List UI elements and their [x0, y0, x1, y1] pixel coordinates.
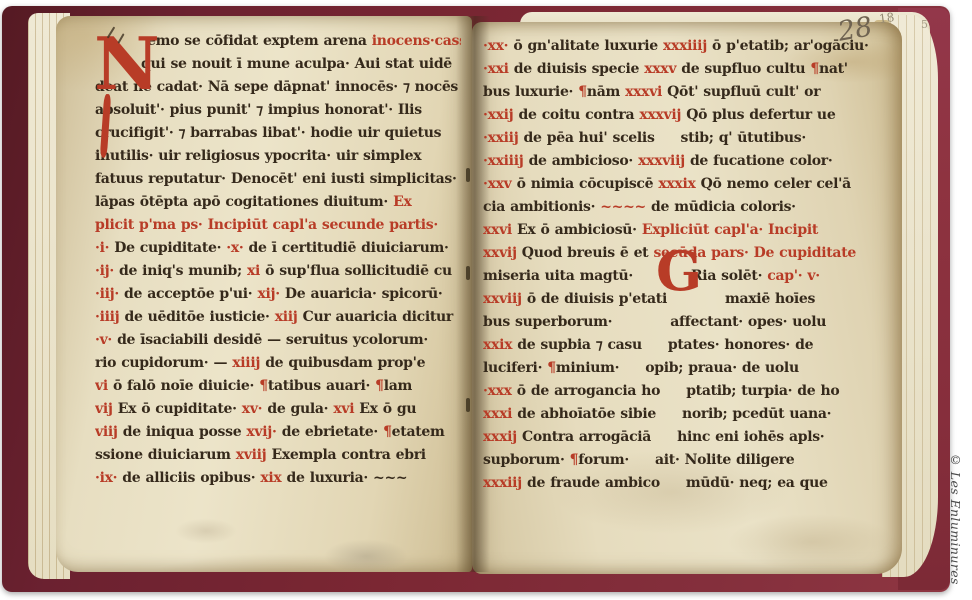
ink-text: de luxuria· ~~~	[287, 470, 408, 486]
ink-text: ō falō noīe diuicie·	[113, 378, 259, 394]
rubric-text: xv·	[242, 401, 268, 417]
ink-text: de mūdicia coloris·	[651, 199, 796, 215]
rubric-text: xxvij	[483, 245, 522, 261]
ink-text: ssione diuiciarum	[95, 447, 236, 463]
ink-text: de acceptōe p'ui·	[124, 286, 257, 302]
ink-text: forum·	[578, 452, 629, 468]
rubric-text: ¶	[383, 424, 392, 440]
rubric-text: ·i·	[95, 240, 114, 256]
manuscript-text-line: ssione diuiciarum xviij Exempla contra e…	[95, 444, 461, 467]
ink-text: ptates· honores· de	[668, 337, 813, 353]
rubric-text: xvi	[333, 401, 359, 417]
rubric-text: vi	[95, 378, 113, 394]
ink-text: Cur auaricia dicitur	[303, 309, 453, 325]
rubric-text: Expliciūt capl'a· Incipit	[642, 222, 818, 238]
manuscript-text-line: lāpas ōtēpta apō cogitationes diuitum· E…	[95, 191, 461, 214]
binding-stitch	[466, 168, 470, 182]
manuscript-text-line: viij de iniqua posse xvij· de ebrietate·…	[95, 421, 461, 444]
ink-text: de supbia ⁊ casu	[517, 337, 642, 353]
rubric-text: xxxvi	[625, 84, 667, 100]
rubric-text: ·xxiij	[483, 130, 524, 146]
ink-text: Quod breuis ē et	[522, 245, 654, 261]
manuscript-text-line: ·xxiiij de ambicioso· xxxviij de fucatio…	[483, 150, 877, 173]
manuscript-photo: emo se cōfidat exptem arena inocens·cass…	[0, 0, 972, 600]
ink-text: de ambicioso·	[529, 153, 639, 169]
ink-text: de iniqua posse	[123, 424, 247, 440]
rubric-text: ¶	[578, 84, 587, 100]
ink-text: De cupiditate·	[114, 240, 226, 256]
ink-text: bus luxurie·	[483, 84, 578, 100]
ink-text: de īsaciabili desidē — seruitus ycolorum…	[117, 332, 428, 348]
manuscript-text-line: plicit p'ma ps· Incipiūt capl'a secunde …	[95, 214, 461, 237]
ink-text: stib; q' ūtutibus·	[681, 130, 806, 146]
ink-text: ptatib; turpia· de ho	[686, 383, 839, 399]
ink-text: opib; praua· de uolu	[645, 360, 799, 376]
illuminated-initial-n: N	[94, 28, 160, 100]
ink-text: Exempla contra ebri	[272, 447, 426, 463]
ink-text: etatem	[392, 424, 445, 440]
ink-text: de uēditōe iusticie·	[124, 309, 274, 325]
rubric-text: xxxvij	[639, 107, 686, 123]
ink-text: lāpas ōtēpta apō cogitationes diuitum·	[95, 194, 393, 210]
ink-text: hinc eni iohēs apls·	[677, 429, 824, 445]
manuscript-text-line: luciferi· ¶minium·opib; praua· de uolu	[483, 357, 877, 380]
manuscript-text-line: ·ix· de alliciis opibus· xix de luxuria·…	[95, 467, 461, 490]
ink-text: fatuus reputatur· Denocēt' eni iusti sim…	[95, 171, 457, 187]
ink-text: ō sup'flua sollicitudiē cu	[265, 263, 452, 279]
ink-text: tatibus auari·	[268, 378, 375, 394]
manuscript-text-line: xxix de supbia ⁊ casuptates· honores· de	[483, 334, 877, 357]
rubric-text: ¶	[547, 360, 556, 376]
rubric-text: xij·	[257, 286, 284, 302]
rubric-text: xiiij	[232, 355, 265, 371]
rubric-text: xvij·	[246, 424, 281, 440]
ink-text: ō gn'alitate luxurie	[513, 38, 663, 54]
rubric-text: xviij	[236, 447, 272, 463]
rubric-text: ·ij·	[95, 263, 119, 279]
rubric-text: ·xxij	[483, 107, 519, 123]
manuscript-text-line: crucifigit'· ⁊ barrabas libat'· hodie ui…	[95, 122, 461, 145]
ink-text: miseria uita magtū·	[483, 268, 633, 284]
rubric-text: inocens·cass	[372, 33, 461, 49]
manuscript-text-line: ·ij· de iniq's munib; xi ō sup'flua soll…	[95, 260, 461, 283]
manuscript-text-line: ·xxv ō nimia cōcupiscē xxxix Qō nemo cel…	[483, 173, 877, 196]
ink-text: de abhoīatōe sibie	[517, 406, 656, 422]
binding-stitch	[466, 266, 470, 280]
rubric-text: ·xx·	[483, 38, 513, 54]
ink-text: de iniq's munib;	[119, 263, 247, 279]
rubric-text: xxxix	[658, 176, 700, 192]
ink-text: maxiē hoīes	[725, 291, 815, 307]
rubric-text: Ex	[393, 194, 411, 210]
manuscript-text-line: ·v· de īsaciabili desidē — seruitus ycol…	[95, 329, 461, 352]
illuminated-initial-g: G	[656, 244, 702, 298]
ink-text: Ria solēt·	[691, 268, 767, 284]
rubric-text: ¶	[570, 452, 579, 468]
ink-text: norib; pcedūt uana·	[682, 406, 831, 422]
manuscript-text-line: ·i· De cupiditate· ·x· de ī certitudiē d…	[95, 237, 461, 260]
manuscript-text-line: ·iij· de acceptōe p'ui· xij· De auaricia…	[95, 283, 461, 306]
ink-text: ō de arrogancia ho	[517, 383, 660, 399]
ink-text: nām	[587, 84, 625, 100]
ink-text: Qō nemo celer cel'ā	[701, 176, 851, 192]
rubric-text: ·xxi	[483, 61, 514, 77]
rubric-text: ·xxx	[483, 383, 517, 399]
ink-text: rio cupidorum· —	[95, 355, 232, 371]
manuscript-text-line: ·xxiij de pēa hui' scelisstib; q' ūtutib…	[483, 127, 877, 150]
ink-text: ō nimia cōcupiscē	[517, 176, 659, 192]
manuscript-text-line: supborum· ¶forum·ait· Nolite diligere	[483, 449, 877, 472]
ink-text: Qōt' supfluū cult' or	[667, 84, 820, 100]
rubric-text: ¶	[375, 378, 384, 394]
manuscript-text-line: vij Ex ō cupiditate· xv· de gula· xvi Ex…	[95, 398, 461, 421]
ink-text: de ī certitudiē diuiciarum·	[249, 240, 449, 256]
rubric-text: ·iiij	[95, 309, 124, 325]
manuscript-text-line: xxxij Contra arrogāciāhinc eni iohēs apl…	[483, 426, 877, 449]
ink-text: supborum·	[483, 452, 570, 468]
rubric-text: xxxv	[644, 61, 681, 77]
ink-text: de alliciis opibus·	[122, 470, 260, 486]
rubric-text: xxxviij	[638, 153, 690, 169]
rubric-text: ·xxv	[483, 176, 517, 192]
manuscript-text-line: fatuus reputatur· Denocēt' eni iusti sim…	[95, 168, 461, 191]
ink-text: de gula·	[267, 401, 333, 417]
rubric-text: cap'· v·	[767, 268, 820, 284]
ink-text: ō de diuisis p'etati	[527, 291, 667, 307]
manuscript-text-line: ·iiij de uēditōe iusticie· xiij Cur auar…	[95, 306, 461, 329]
ink-text: mūdū· neq; ea que	[686, 475, 828, 491]
manuscript-text-line: xxxiij de fraude ambicomūdū· neq; ea que	[483, 472, 877, 495]
rubric-text: xxvi	[483, 222, 517, 238]
rubric-text: plicit p'ma ps· Incipiūt capl'a secunde …	[95, 217, 438, 233]
ink-text: de diuisis specie	[514, 61, 644, 77]
ink-text: Ex ō gu	[359, 401, 416, 417]
rubric-text: xxix	[483, 337, 517, 353]
rubric-text: ·v·	[95, 332, 117, 348]
rubric-text: ¶	[810, 61, 819, 77]
ink-text: de fucatione color·	[690, 153, 833, 169]
ink-text: de pēa hui' scelis	[524, 130, 655, 146]
ink-text: de coitu contra	[519, 107, 640, 123]
manuscript-text-line: cia ambitionis· ~~~~ de mūdicia coloris·	[483, 196, 877, 219]
ink-text: Ex ō ambiciosū·	[517, 222, 642, 238]
rubric-text: xi	[247, 263, 265, 279]
ink-text: de ebrietate·	[282, 424, 383, 440]
manuscript-text-line: ·xxij de coitu contra xxxvij Qō plus def…	[483, 104, 877, 127]
rubric-text: ·ix·	[95, 470, 122, 486]
manuscript-text-line: inutilis· uir religiosus ypocrita· uir s…	[95, 145, 461, 168]
rubric-text: ·iij·	[95, 286, 124, 302]
rubric-text: ·x·	[226, 240, 248, 256]
ink-text: de fraude ambico	[527, 475, 660, 491]
ink-text: Ex ō cupiditate·	[118, 401, 242, 417]
ink-text: lam	[384, 378, 412, 394]
manuscript-text-line: ·xxi de diuisis specie xxxv de supfluo c…	[483, 58, 877, 81]
ink-text: minium·	[556, 360, 619, 376]
ink-text: Contra arrogāciā	[522, 429, 651, 445]
ink-text: nat'	[819, 61, 848, 77]
pencil-folio-mark: 18	[878, 10, 895, 26]
rubric-text: ¶	[259, 378, 268, 394]
manuscript-text-line: bus superborum·affectant· opes· uolu	[483, 311, 877, 334]
ink-text: Qō plus defertur ue	[686, 107, 835, 123]
manuscript-text-line: bus luxurie· ¶nām xxxvi Qōt' supfluū cul…	[483, 81, 877, 104]
rubric-text: ~~~~	[600, 199, 651, 215]
binding-stitch	[466, 398, 470, 412]
rubric-text: vij	[95, 401, 118, 417]
manuscript-text-line: vi ō falō noīe diuicie· ¶tatibus auari· …	[95, 375, 461, 398]
rubric-text: xiij	[275, 309, 303, 325]
ink-text: affectant· opes· uolu	[670, 314, 826, 330]
ink-text: luciferi·	[483, 360, 547, 376]
manuscript-text-line: xxxi de abhoīatōe sibienorib; pcedūt uan…	[483, 403, 877, 426]
manuscript-text-line: rio cupidorum· — xiiij de quibusdam prop…	[95, 352, 461, 375]
ink-text: inutilis· uir religiosus ypocrita· uir s…	[95, 148, 421, 164]
ink-text: crucifigit'· ⁊ barrabas libat'· hodie ui…	[95, 125, 441, 141]
ink-text: emo se cōfidat exptem arena	[147, 33, 372, 49]
manuscript-text-line: ·xxx ō de arrogancia hoptatib; turpia· d…	[483, 380, 877, 403]
ink-text: de supfluo cultu	[681, 61, 810, 77]
ink-text: De auaricia· spicorū·	[285, 286, 443, 302]
folio-number: 28	[836, 11, 875, 47]
rubric-text: xxxij	[483, 429, 522, 445]
pencil-folio-mark-small: 5	[921, 18, 928, 31]
rubric-text: xxxiiij	[663, 38, 712, 54]
rubric-text: xxxi	[483, 406, 517, 422]
rubric-text: xix	[260, 470, 286, 486]
rubric-text: xxviij	[483, 291, 527, 307]
ink-text: bus superborum·	[483, 314, 612, 330]
copyright-watermark: © Les Enluminures	[948, 452, 963, 598]
manuscript-text-line: ·xx· ō gn'alitate luxurie xxxiiij ō p'et…	[483, 35, 877, 58]
ink-text: qui se nouit ī mune aculpa· Aui stat uid…	[141, 56, 452, 72]
rubric-text: xxxiij	[483, 475, 527, 491]
rubric-text: ·xxiiij	[483, 153, 529, 169]
ink-text: ait· Nolite diligere	[655, 452, 794, 468]
ink-text: cia ambitionis·	[483, 199, 600, 215]
ink-text: de quibusdam prop'e	[265, 355, 425, 371]
rubric-text: viij	[95, 424, 123, 440]
